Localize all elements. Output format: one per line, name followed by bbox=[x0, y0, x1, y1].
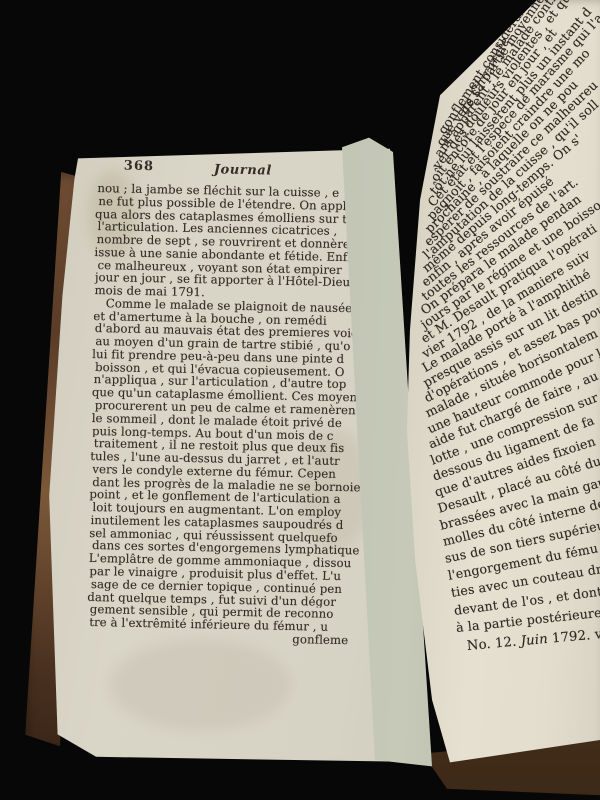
catchword: gonfleme bbox=[292, 633, 378, 647]
left-page-body: nou ; la jambe se fléchit sur la cuisse … bbox=[86, 182, 387, 647]
running-title-journal: Journal bbox=[214, 162, 272, 178]
issue-month: Juin bbox=[520, 632, 548, 649]
paper-stain bbox=[110, 640, 290, 730]
issue-year: 1792. vo bbox=[547, 626, 600, 646]
photo-of-open-book: 368 Journal nou ; la jambe se fléchit su… bbox=[0, 0, 600, 800]
page-number: 368 bbox=[124, 159, 154, 175]
issue-number: No. 12. bbox=[466, 634, 521, 654]
